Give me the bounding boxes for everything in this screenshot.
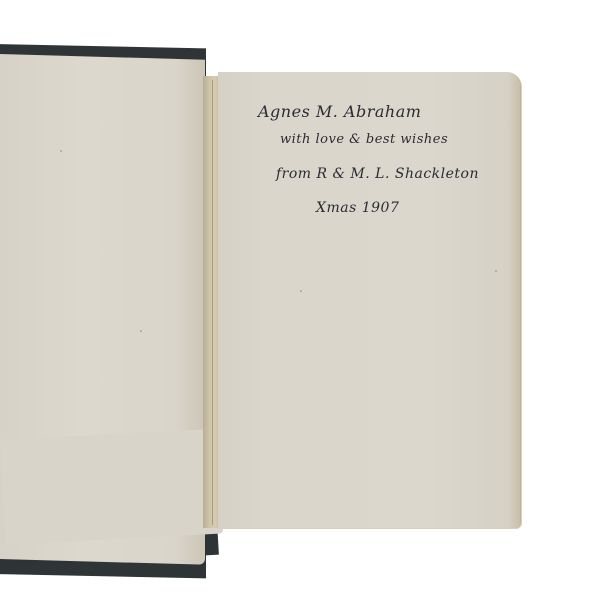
inscription-recipient: Agnes M. Abraham bbox=[258, 102, 421, 121]
paper-foxing-spot bbox=[495, 270, 497, 272]
paper-foxing-spot bbox=[140, 330, 142, 332]
hinge-crease bbox=[212, 80, 213, 525]
left-pastedown-page-lower bbox=[0, 429, 223, 545]
paper-foxing-spot bbox=[60, 150, 62, 152]
inscription-message: with love & best wishes bbox=[280, 132, 448, 147]
open-book-photo: Agnes M. Abraham with love & best wishes… bbox=[0, 0, 595, 595]
paper-foxing-spot bbox=[300, 290, 302, 292]
inscription-date: Xmas 1907 bbox=[316, 200, 399, 216]
inscription-giver: from R & M. L. Shackleton bbox=[276, 166, 479, 182]
